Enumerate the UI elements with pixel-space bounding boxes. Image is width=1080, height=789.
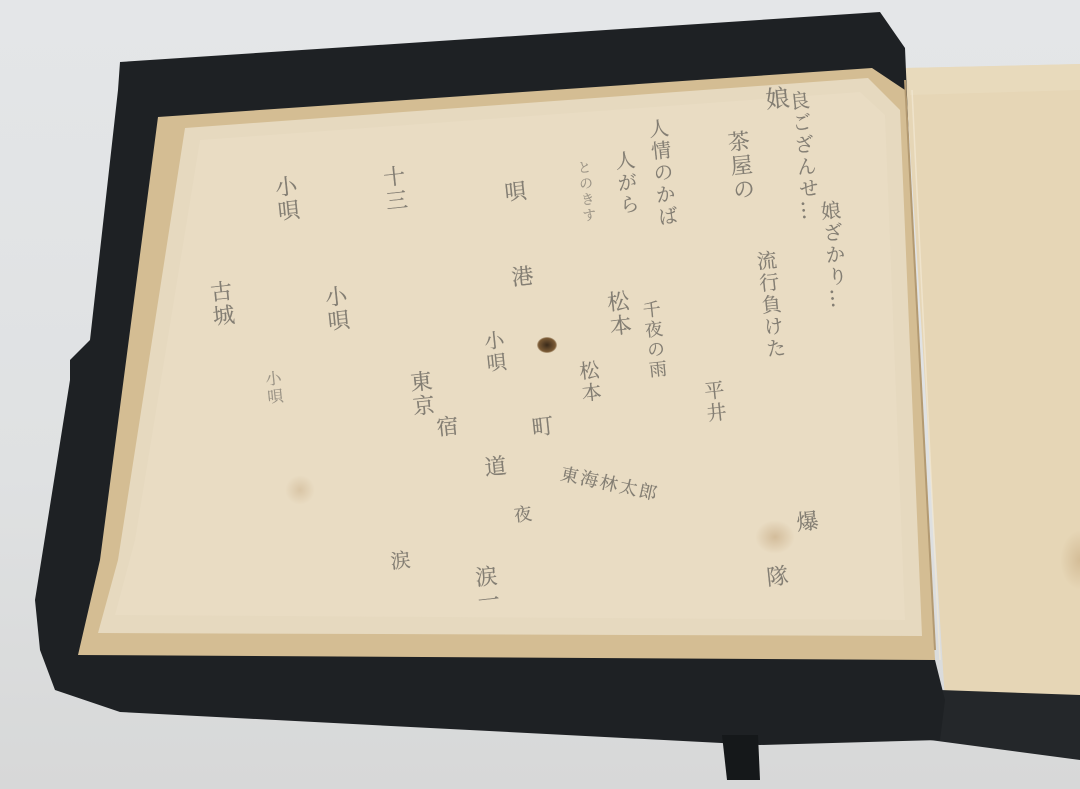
handwritten-note: 夜 [507,504,535,527]
photo-scene: 娘良ござんせ…茶屋の娘ざかり…流行負けた人情のかば人がらとのきす唄小唄十三小唄古… [0,0,1080,789]
bookmark-ribbon [722,735,760,780]
handwritten-note: 道 [477,453,510,480]
book-cover [0,0,1080,789]
handwritten-note: 小唄 [478,329,511,376]
handwritten-note: 松本 [600,289,636,340]
book-shapes [0,0,1080,789]
handwritten-note: 小唄 [260,369,287,407]
handwritten-note: 松本 [573,359,606,406]
handwritten-note: 涙一 [468,564,504,615]
right-binding [930,690,1080,760]
water-stain [755,520,795,554]
handwritten-note: 町 [524,413,557,440]
handwritten-note: 小唄 [268,174,304,225]
handwritten-note: 唄 [497,178,530,205]
handwritten-note: 小唄 [318,284,354,335]
handwritten-note: 宿 [429,413,462,440]
handwritten-note: 十三 [376,164,412,215]
handwritten-note: 港 [504,263,537,290]
handwritten-note: 平井 [698,379,731,426]
handwritten-note: 古城 [203,279,239,330]
water-stain [285,475,315,505]
handwritten-note: 東京 [403,369,439,420]
handwritten-note: 隊 [759,563,792,590]
burn-mark [537,337,557,353]
handwritten-note: 爆 [789,508,822,535]
handwritten-note: 涙 [384,549,415,574]
